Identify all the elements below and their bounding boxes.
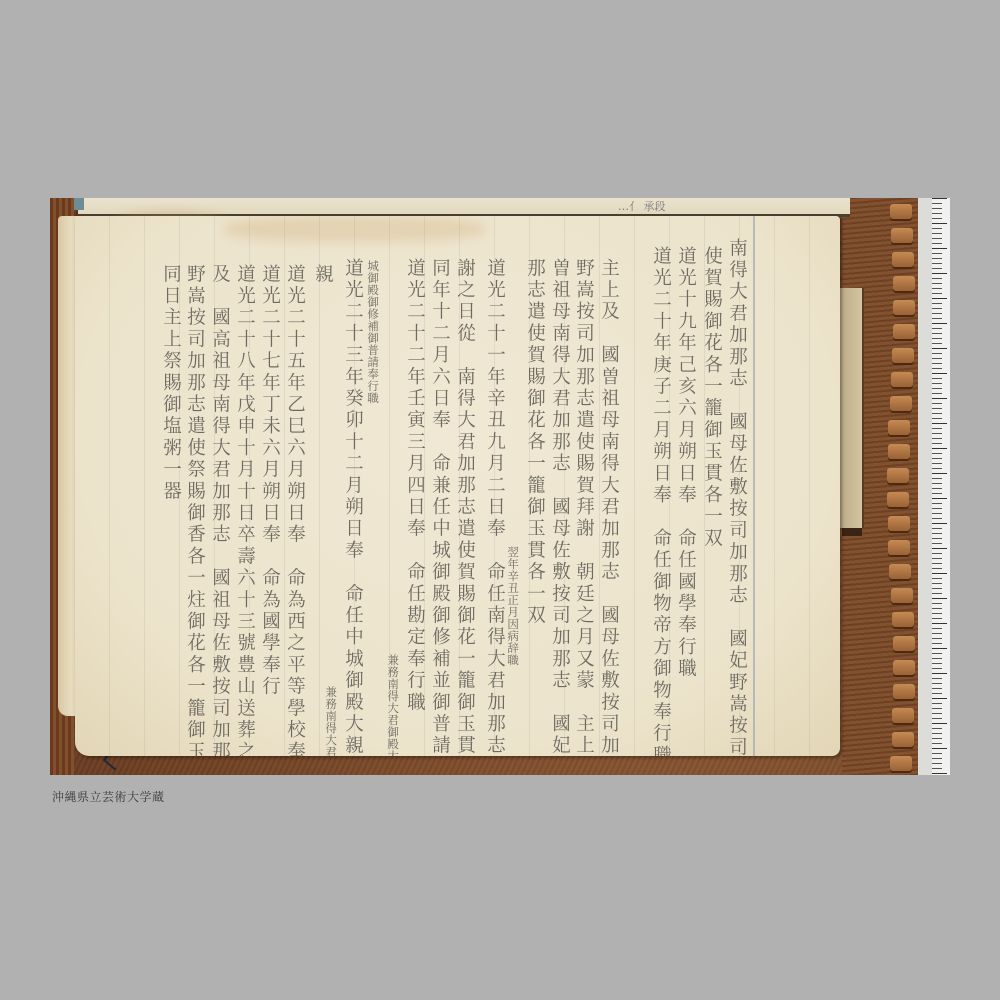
manuscript-page: 南得大君加那志 國母佐敷按司加那志 國妃野嵩按司加那志遣 使賀賜御花各一籠御玉貫… [75,216,840,756]
stitch [889,564,911,579]
stitch [892,732,914,747]
text-note-12: 兼務南得大君御殿大親並中 [387,654,399,756]
stitch [893,300,915,315]
stitch [890,204,912,219]
stitch [887,492,909,507]
text-column-1: 南得大君加那志 國母佐敷按司加那志 國妃野嵩按司加那志遣 [727,238,746,756]
stitch [888,516,910,531]
backdrop [918,198,932,775]
margin-line [753,216,755,756]
stitch [893,324,915,339]
text-note-14: 兼務南得大君御殿大 [325,686,337,756]
manuscript-photo: …亻 承段 南得大君加那志 國母佐敷按司加那志 國妃野嵩按司加那志遣 使賀賜御花… [50,198,950,775]
ruler-major-ticks [932,198,950,775]
blue-corner-tab [74,198,84,210]
stitch [893,660,915,675]
stitch [888,444,910,459]
stitch [890,396,912,411]
stitch [888,420,910,435]
text-column-16: 道光二十五年乙巳六月朔日奉 命為西之平等學校奉行職 [285,264,304,756]
text-column-3: 道光十九年己亥六月朔日奉 命任國學奉行職 [676,246,695,680]
stitch [887,468,909,483]
text-column-8: 那志遣使賀賜御花各一籠御玉貫各一双 [525,258,544,627]
text-column-10: 謝之日從 南得大君加那志遣使賀賜御花一籠御玉貫一双 [455,258,474,756]
page-stain [225,216,485,242]
text-column-21: 同日主上祭賜御塩粥一器 [161,264,180,503]
text-column-12: 道光二十二年壬寅三月四日奉 命任勘定奉行職 [405,258,424,714]
stitch [892,348,914,363]
stitch [891,228,913,243]
text-column-7: 曽祖母南得大君加那志 國母佐敷按司加那志 國妃野嵩按司加 [550,258,569,756]
collection-caption: 沖縄県立芸術大学蔵 [52,788,165,805]
text-column-14: 道光二十三年癸卯十二月朔日奉 命任中城御殿大親職 [343,258,362,756]
previous-page-text: …亻 承段 [618,198,666,214]
text-column-6: 野嵩按司加那志遣使賜賀拜謝 朝廷之月又蒙 主上及 國 [574,258,593,756]
stitch [892,612,914,627]
text-column-2: 使賀賜御花各一籠御玉貫各一双 [702,246,721,550]
stitch [888,540,910,555]
stitch [892,252,914,267]
spine-paper-layers [838,288,864,528]
stitch [893,276,915,291]
spine-gap [842,528,862,536]
text-column-11: 同年十二月六日奉 命兼任中城御殿御修補並御普請奉行職 [430,258,449,756]
text-column-9: 道光二十一年辛丑九月二日奉 命任南得大君加那志大親職 拜 [485,258,504,756]
text-note-8: 翌年辛丑正月因病辞職 [507,546,519,666]
text-column-20: 野嵩按司加那志遣使祭賜御香各一炷御花各一籠御玉貫各一双 [185,264,204,756]
text-column-4: 道光二十年庚子二月朔日奉 命任御物帝方御物奉行職恭蒙 [651,246,670,756]
stitch [892,708,914,723]
text-column-18: 道光二十八年戊申十月十日卒壽六十三號豊山送葬之日 主上 [235,264,254,756]
stitch [893,636,915,651]
stitch [891,372,913,387]
text-column-17: 道光二十七年丁未六月朔日奉 命為國學奉行 [260,264,279,698]
text-column-19: 及 國高祖母南得大君加那志 國祖母佐敷按司加那志 國母 [210,264,229,756]
stitch [890,756,912,771]
text-column-15: 親 [313,264,332,286]
stitch [893,684,915,699]
text-column-5: 主上及 國曽祖母南得大君加那志 國母佐敷按司加那志 國妃 [599,258,618,756]
stitch [891,588,913,603]
text-note-13: 城御殿御修補御普請奉行職 [367,260,379,404]
